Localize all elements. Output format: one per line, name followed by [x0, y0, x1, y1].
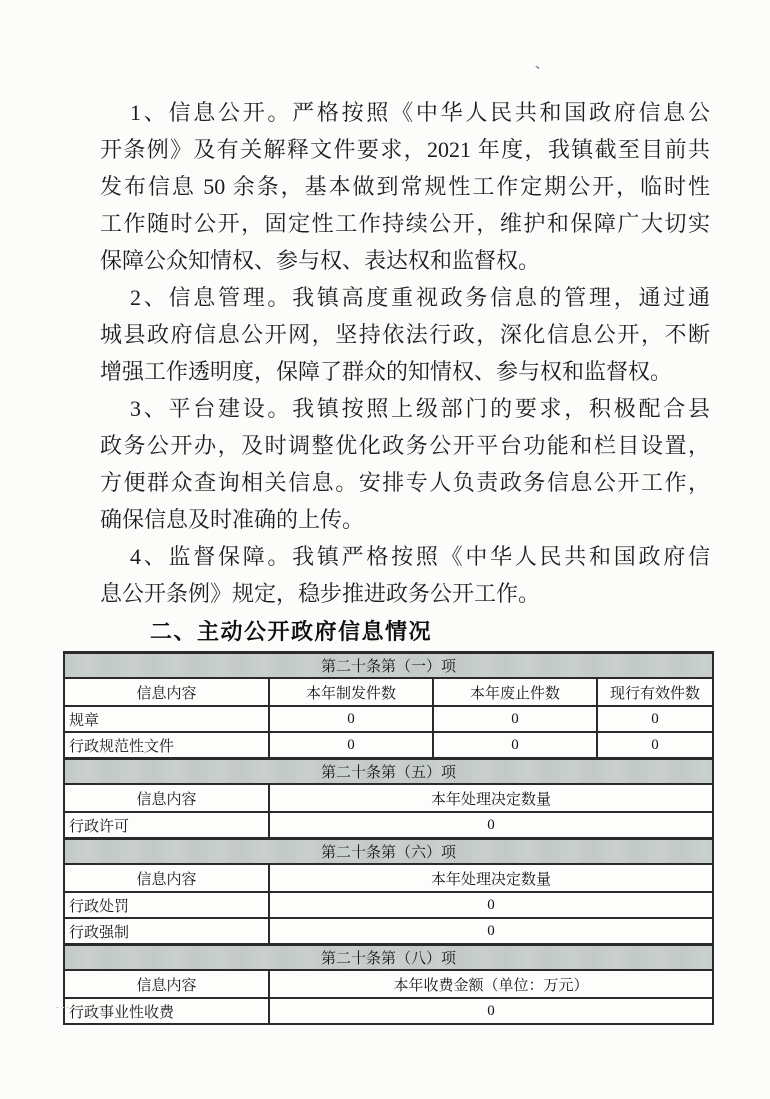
table-header-row: 信息内容 本年处理决定数量 [64, 784, 713, 812]
paragraph-line: 3、平台建设。我镇按照上级部门的要求，积极配合县 [100, 390, 710, 427]
paragraph-line: 4、监督保障。我镇严格按照《中华人民共和国政府信 [100, 538, 710, 575]
row-value: 0 [269, 812, 713, 839]
paragraph-line: 工作随时公开，固定性工作持续公开，维护和保障广大切实 [100, 205, 710, 242]
table-row: 行政事业性收费 0 [64, 998, 713, 1024]
row-value: 0 [269, 998, 713, 1024]
scan-dash-artifact [56, 1007, 110, 1008]
row-value: 0 [269, 918, 713, 945]
table-band-label: 第二十条第（一）项 [64, 653, 713, 679]
table-band-label: 第二十条第（八）项 [64, 945, 713, 971]
table-header-row: 信息内容 本年制发件数 本年废止件数 现行有效件数 [64, 678, 713, 706]
row-label: 行政事业性收费 [64, 998, 269, 1024]
row-value: 0 [597, 706, 713, 732]
table-band-row: 第二十条第（一）项 [64, 653, 713, 679]
paragraph-line: 确保信息及时准确的上传。 [100, 501, 710, 538]
column-header: 本年制发件数 [269, 678, 433, 706]
row-value: 0 [597, 732, 713, 759]
paragraph-line: 息公开条例》规定，稳步推进政务公开工作。 [100, 575, 710, 612]
paragraph-line: 增强工作透明度，保障了群众的知情权、参与权和监督权。 [100, 353, 710, 390]
table-band-label: 第二十条第（六）项 [64, 839, 713, 865]
paragraph-line: 方便群众查询相关信息。安排专人负责政务信息公开工作， [100, 464, 710, 501]
column-header: 信息内容 [64, 864, 269, 892]
table-header-row: 信息内容 本年收费金额（单位：万元） [64, 970, 713, 998]
row-value: 0 [433, 732, 597, 759]
row-value: 0 [433, 706, 597, 732]
table-row: 行政处罚 0 [64, 892, 713, 918]
paragraph-line: 2、信息管理。我镇高度重视政务信息的管理，通过通 [100, 279, 710, 316]
column-header: 本年处理决定数量 [269, 864, 713, 892]
row-value: 0 [269, 732, 433, 759]
paragraph-line: 城县政府信息公开网，坚持依法行政，深化信息公开，不断 [100, 316, 710, 353]
paragraph-line: 开条例》及有关解释文件要求，2021 年度，我镇截至目前共 [100, 131, 710, 168]
paragraph-line: 发布信息 50 余条，基本做到常规性工作定期公开，临时性 [100, 168, 710, 205]
column-header: 信息内容 [64, 678, 269, 706]
table-band-row: 第二十条第（五）项 [64, 759, 713, 785]
table-band-row: 第二十条第（六）项 [64, 839, 713, 865]
info-disclosure-table: 第二十条第（一）项 信息内容 本年制发件数 本年废止件数 现行有效件数 规章 0… [63, 651, 714, 1025]
row-label: 行政处罚 [64, 892, 269, 918]
paragraph-line: 1、信息公开。严格按照《中华人民共和国政府信息公 [100, 94, 710, 131]
table-band-label: 第二十条第（五）项 [64, 759, 713, 785]
document-page: 、 1、信息公开。严格按照《中华人民共和国政府信息公 开条例》及有关解释文件要求… [0, 0, 770, 1099]
table-row: 规章 0 0 0 [64, 706, 713, 732]
section-heading: 二、主动公开政府信息情况 [100, 612, 710, 651]
paragraph-line: 政务公开办，及时调整优化政务公开平台功能和栏目设置， [100, 427, 710, 464]
row-label: 行政强制 [64, 918, 269, 945]
column-header: 信息内容 [64, 970, 269, 998]
table-band-row: 第二十条第（八）项 [64, 945, 713, 971]
table-row: 行政强制 0 [64, 918, 713, 945]
paragraph-line: 保障公众知情权、参与权、表达权和监督权。 [100, 242, 710, 279]
body-text: 1、信息公开。严格按照《中华人民共和国政府信息公 开条例》及有关解释文件要求，2… [100, 94, 710, 651]
column-header: 本年废止件数 [433, 678, 597, 706]
table-header-row: 信息内容 本年处理决定数量 [64, 864, 713, 892]
column-header: 现行有效件数 [597, 678, 713, 706]
table-row: 行政规范性文件 0 0 0 [64, 732, 713, 759]
column-header: 信息内容 [64, 784, 269, 812]
column-header: 本年收费金额（单位：万元） [269, 970, 713, 998]
row-value: 0 [269, 706, 433, 732]
row-value: 0 [269, 892, 713, 918]
row-label: 规章 [64, 706, 269, 732]
table-row: 行政许可 0 [64, 812, 713, 839]
row-label: 行政许可 [64, 812, 269, 839]
scan-smudge-mark: 、 [533, 55, 549, 71]
column-header: 本年处理决定数量 [269, 784, 713, 812]
row-label: 行政规范性文件 [64, 732, 269, 759]
